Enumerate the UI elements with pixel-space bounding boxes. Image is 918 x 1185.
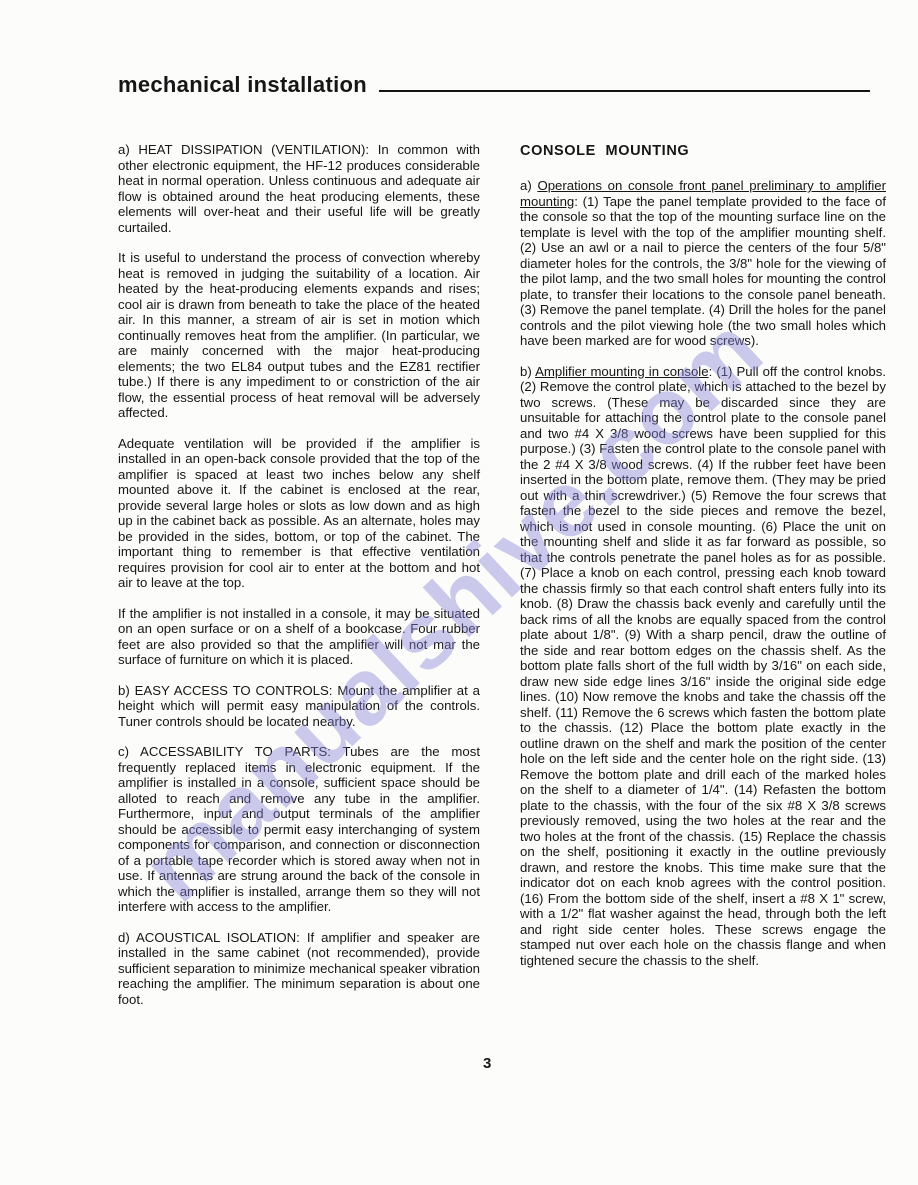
underlined-lead: Operations on console front panel prelim… <box>520 178 886 209</box>
left-column-paragraphs: a) HEAT DISSIPATION (VENTILATION): In co… <box>118 142 480 1022</box>
text-columns: a) HEAT DISSIPATION (VENTILATION): In co… <box>118 142 886 1022</box>
paragraph: c) ACCESSABILITY TO PARTS: Tubes are the… <box>118 744 480 915</box>
paragraph: a) Operations on console front panel pre… <box>520 178 886 349</box>
paragraph: b) Amplifier mounting in console: (1) Pu… <box>520 364 886 969</box>
paragraph: Adequate ventilation will be provided if… <box>118 436 480 591</box>
paragraph: b) EASY ACCESS TO CONTROLS: Mount the am… <box>118 683 480 730</box>
document-page: mechanical installation a) HEAT DISSIPAT… <box>0 0 918 1185</box>
paragraph: If the amplifier is not installed in a c… <box>118 606 480 668</box>
paragraph: a) HEAT DISSIPATION (VENTILATION): In co… <box>118 142 480 235</box>
page-header-row: mechanical installation <box>118 74 870 96</box>
paragraph: It is useful to understand the process o… <box>118 250 480 421</box>
underlined-lead: Amplifier mounting in console <box>535 364 709 379</box>
right-column-paragraphs: a) Operations on console front panel pre… <box>520 178 886 968</box>
header-rule <box>379 90 870 92</box>
page-title: mechanical installation <box>118 74 367 96</box>
page-number: 3 <box>483 1055 491 1072</box>
right-column: CONSOLE MOUNTING a) Operations on consol… <box>520 142 886 1022</box>
paragraph: d) ACOUSTICAL ISOLATION: If amplifier an… <box>118 930 480 1008</box>
section-heading: CONSOLE MOUNTING <box>520 143 886 159</box>
